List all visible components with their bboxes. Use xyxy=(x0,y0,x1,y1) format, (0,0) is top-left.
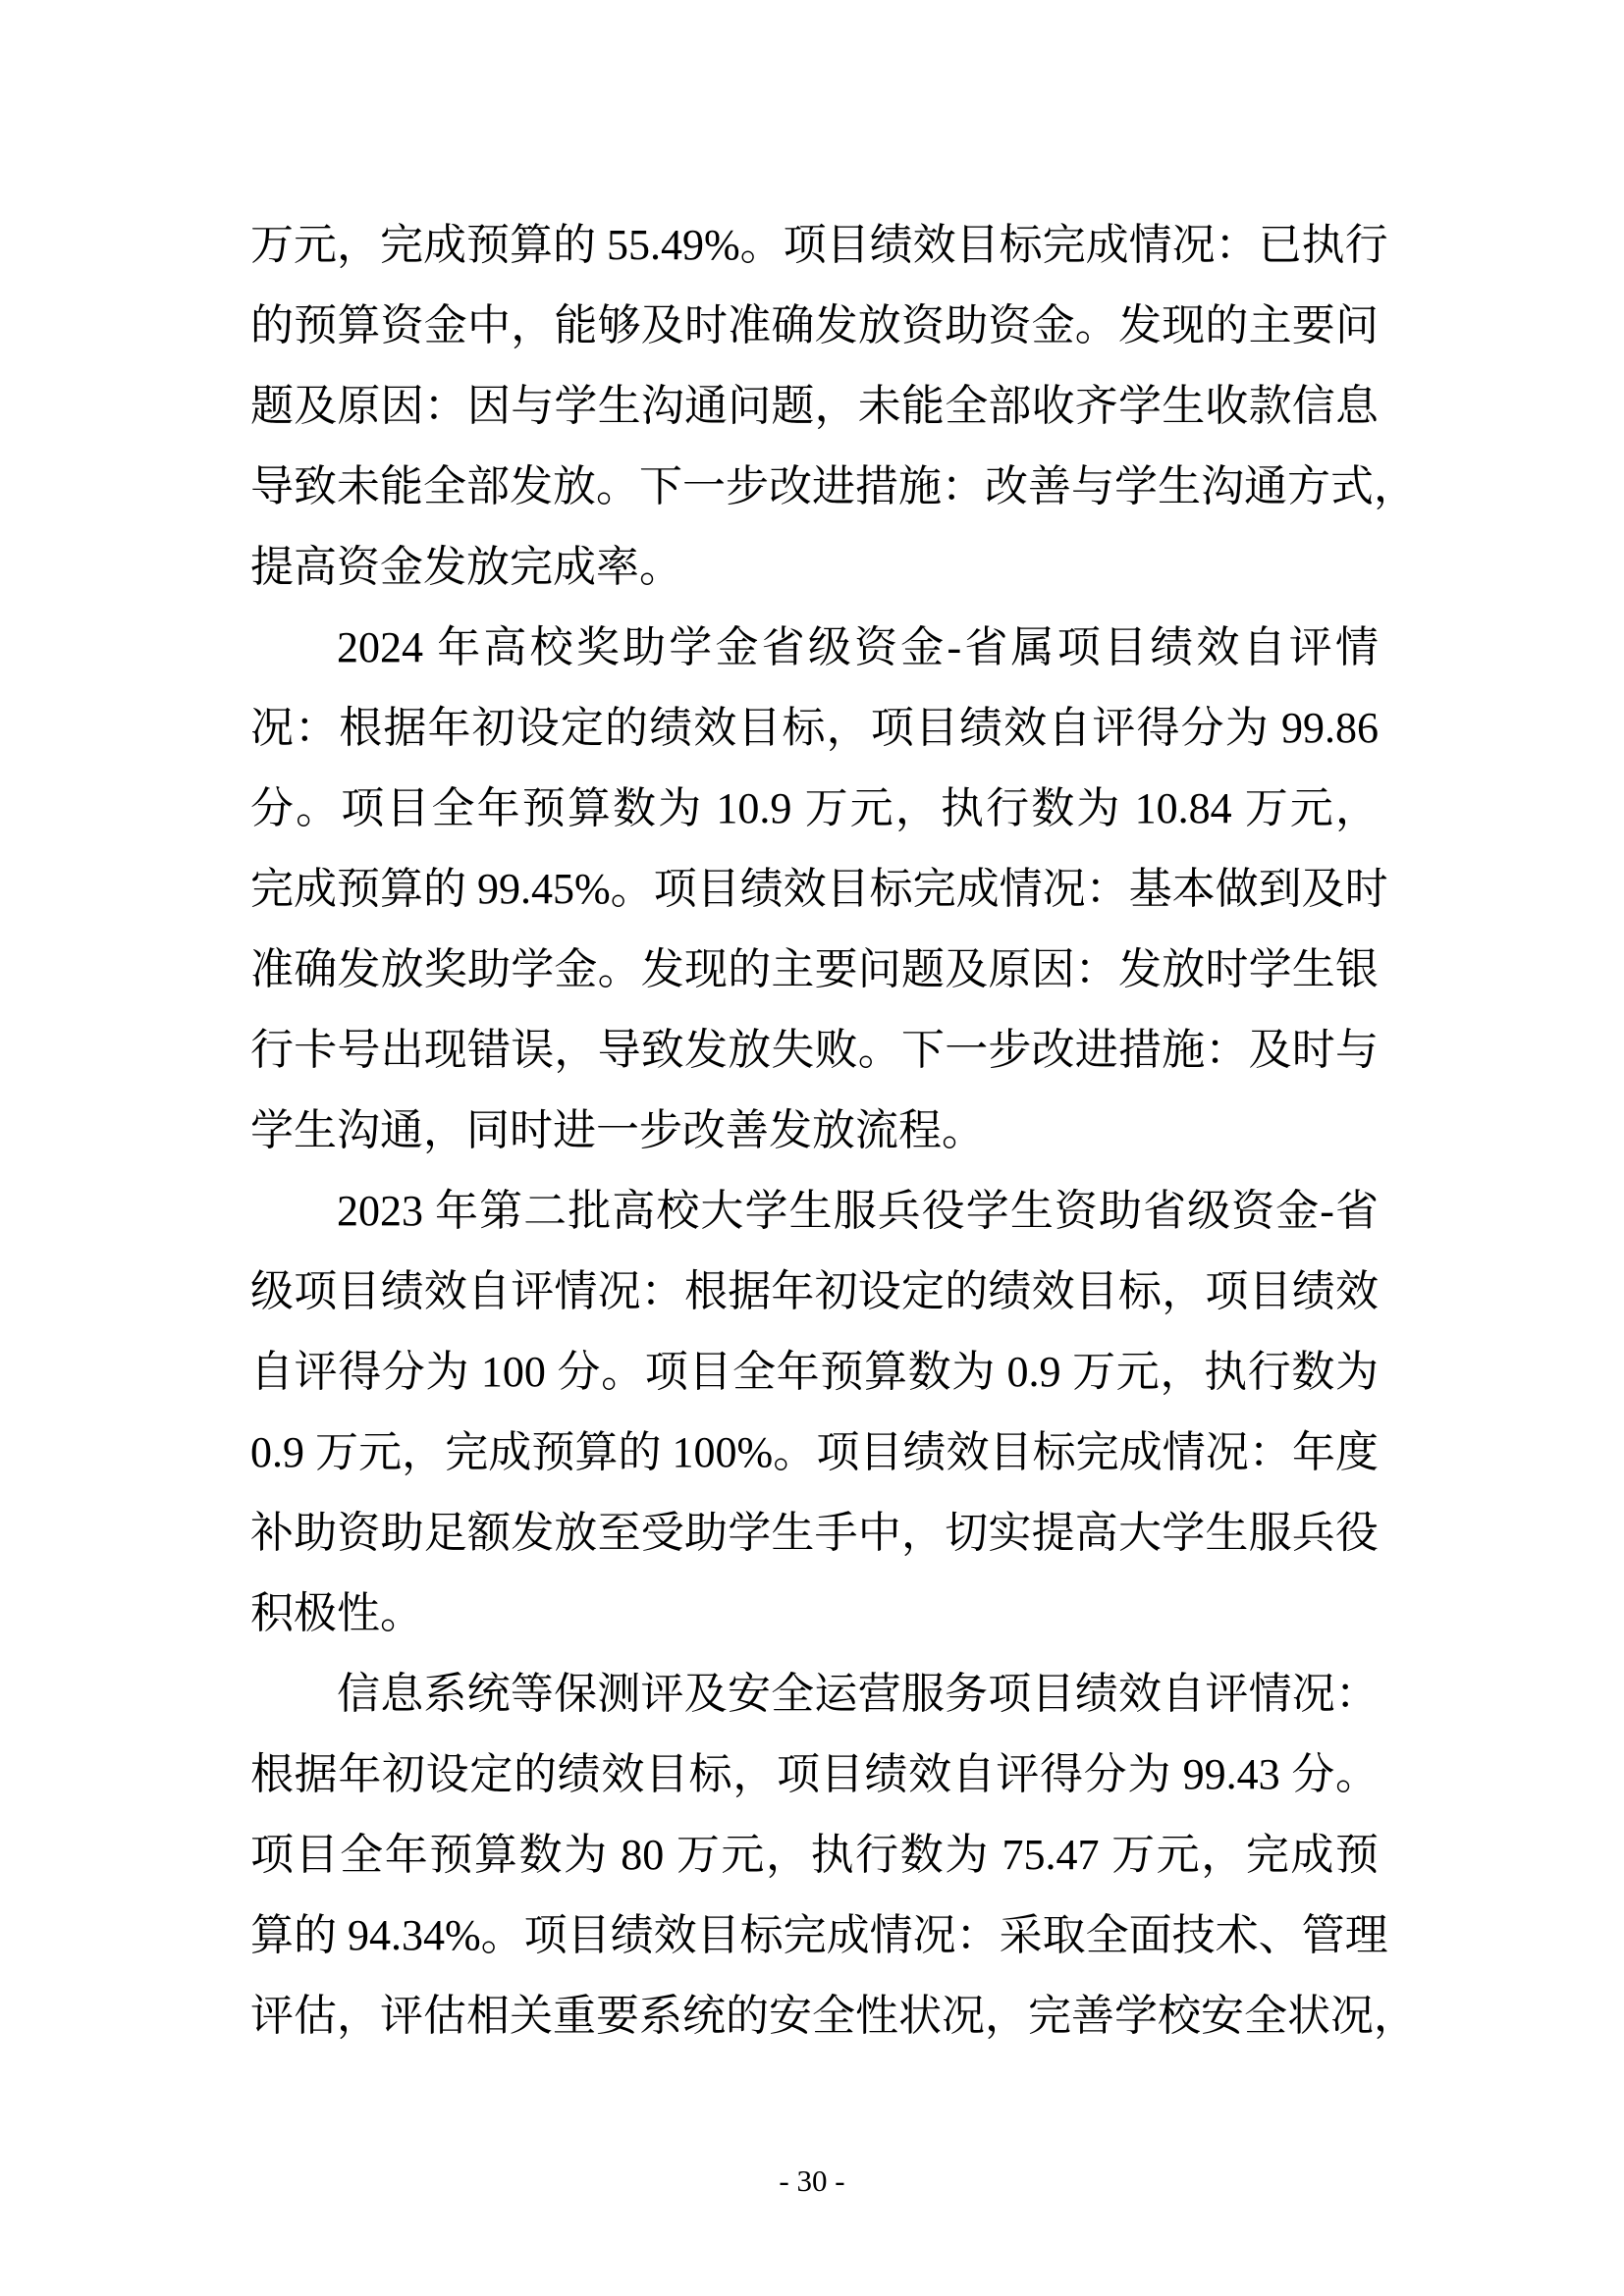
text-line: 况：根据年初设定的绩效目标，项目绩效自评得分为 99.86 xyxy=(250,688,1379,769)
paragraph: 2024 年高校奖助学金省级资金-省属项目绩效自评情况：根据年初设定的绩效目标，… xyxy=(250,608,1379,1171)
paragraph: 2023 年第二批高校大学生服兵役学生资助省级资金-省级项目绩效自评情况：根据年… xyxy=(250,1171,1379,1654)
text-line: 0.9 万元，完成预算的 100%。项目绩效目标完成情况：年度 xyxy=(250,1413,1379,1493)
text-line: 补助资助足额发放至受助学生手中，切实提高大学生服兵役 xyxy=(250,1493,1379,1574)
text-line: 算的 94.34%。项目绩效目标完成情况：采取全面技术、管理 xyxy=(250,1896,1379,1976)
text-line: 2023 年第二批高校大学生服兵役学生资助省级资金-省 xyxy=(250,1171,1379,1252)
text-line: 学生沟通，同时进一步改善发放流程。 xyxy=(250,1091,1379,1171)
paragraph: 信息系统等保测评及安全运营服务项目绩效自评情况：根据年初设定的绩效目标，项目绩效… xyxy=(250,1654,1379,2056)
text-line: 导致未能全部发放。下一步改进措施：改善与学生沟通方式， xyxy=(250,447,1379,527)
document-page: 万元，完成预算的 55.49%。项目绩效目标完成情况：已执行的预算资金中，能够及… xyxy=(0,0,1624,2296)
text-line: 万元，完成预算的 55.49%。项目绩效目标完成情况：已执行 xyxy=(250,205,1379,286)
text-line: 项目全年预算数为 80 万元，执行数为 75.47 万元，完成预 xyxy=(250,1815,1379,1896)
text-line: 提高资金发放完成率。 xyxy=(250,527,1379,608)
text-line: 完成预算的 99.45%。项目绩效目标完成情况：基本做到及时 xyxy=(250,849,1379,930)
document-body: 万元，完成预算的 55.49%。项目绩效目标完成情况：已执行的预算资金中，能够及… xyxy=(250,205,1379,2056)
page-number: - 30 - xyxy=(0,2165,1624,2196)
paragraph: 万元，完成预算的 55.49%。项目绩效目标完成情况：已执行的预算资金中，能够及… xyxy=(250,205,1379,608)
text-line: 根据年初设定的绩效目标，项目绩效自评得分为 99.43 分。 xyxy=(250,1735,1379,1815)
text-line: 分。项目全年预算数为 10.9 万元，执行数为 10.84 万元， xyxy=(250,769,1379,849)
text-line: 准确发放奖助学金。发现的主要问题及原因：发放时学生银 xyxy=(250,930,1379,1010)
text-line: 自评得分为 100 分。项目全年预算数为 0.9 万元，执行数为 xyxy=(250,1332,1379,1413)
text-line: 的预算资金中，能够及时准确发放资助资金。发现的主要问 xyxy=(250,286,1379,366)
text-line: 2024 年高校奖助学金省级资金-省属项目绩效自评情 xyxy=(250,608,1379,688)
text-line: 信息系统等保测评及安全运营服务项目绩效自评情况： xyxy=(250,1654,1379,1735)
text-line: 题及原因：因与学生沟通问题，未能全部收齐学生收款信息 xyxy=(250,366,1379,447)
text-line: 行卡号出现错误，导致发放失败。下一步改进措施：及时与 xyxy=(250,1010,1379,1091)
text-line: 评估，评估相关重要系统的安全性状况，完善学校安全状况， xyxy=(250,1976,1379,2056)
text-line: 级项目绩效自评情况：根据年初设定的绩效目标，项目绩效 xyxy=(250,1252,1379,1332)
text-line: 积极性。 xyxy=(250,1574,1379,1654)
